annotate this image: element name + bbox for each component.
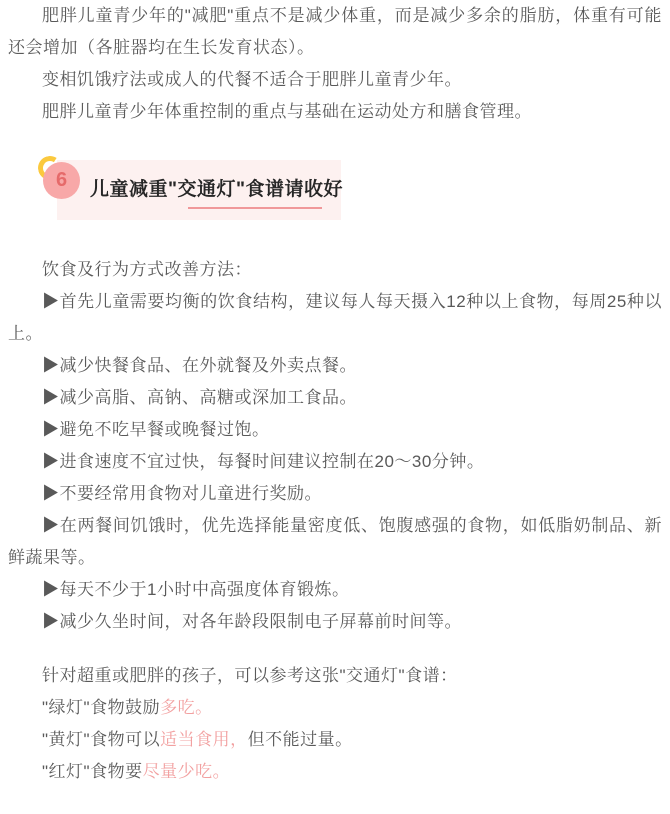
bullet-item-2: ▶减少快餐食品、在外就餐及外卖点餐。 [8, 350, 662, 382]
article-page: 肥胖儿童青少年的"减肥"重点不是减少体重，而是减少多余的脂肪，体重有可能还会增加… [0, 0, 670, 814]
bullet-item-7: ▶在两餐间饥饿时，优先选择能量密度低、饱腹感强的食物，如低脂奶制品、新鲜蔬果等。 [8, 510, 662, 574]
bullet-item-9: ▶减少久坐时间，对各年龄段限制电子屏幕前时间等。 [8, 606, 662, 638]
traffic-red-highlight: 尽量少吃。 [143, 762, 231, 781]
traffic-intro: 针对超重或肥胖的孩子，可以参考这张"交通灯"食谱： [8, 660, 662, 692]
section-title: 儿童减重"交通灯"食谱请收好 [90, 160, 341, 220]
intro-paragraph-2: 变相饥饿疗法或成人的代餐不适合于肥胖儿童青少年。 [8, 64, 662, 96]
traffic-line-green: "绿灯"食物鼓励多吃。 [8, 692, 662, 724]
bullet-item-3: ▶减少高脂、高钠、高糖或深加工食品。 [8, 382, 662, 414]
bullet-item-1: ▶首先儿童需要均衡的饮食结构，建议每人每天摄入12种以上食物，每周25种以上。 [8, 286, 662, 350]
bullet-item-5: ▶进食速度不宜过快，每餐时间建议控制在20～30分钟。 [8, 446, 662, 478]
title-underline [188, 207, 322, 209]
traffic-yellow-highlight: 适当食用， [160, 730, 248, 749]
traffic-green-highlight: 多吃。 [160, 698, 213, 717]
section-number-badge: 6 [43, 162, 80, 199]
traffic-red-text: "红灯"食物要 [42, 762, 143, 781]
list-intro: 饮食及行为方式改善方法： [8, 254, 662, 286]
bullet-item-6: ▶不要经常用食物对儿童进行奖励。 [8, 478, 662, 510]
intro-paragraph-3: 肥胖儿童青少年体重控制的重点与基础在运动处方和膳食管理。 [8, 96, 662, 128]
section-header: 6 儿童减重"交通灯"食谱请收好 [57, 160, 341, 220]
traffic-green-text: "绿灯"食物鼓励 [42, 698, 160, 717]
section-number: 6 [56, 169, 67, 192]
traffic-light-section: 针对超重或肥胖的孩子，可以参考这张"交通灯"食谱： "绿灯"食物鼓励多吃。 "黄… [8, 660, 662, 788]
intro-paragraph-1: 肥胖儿童青少年的"减肥"重点不是减少体重，而是减少多余的脂肪，体重有可能还会增加… [8, 0, 662, 64]
traffic-yellow-text-after: 但不能过量。 [248, 730, 353, 749]
bullet-item-4: ▶避免不吃早餐或晚餐过饱。 [8, 414, 662, 446]
traffic-yellow-text: "黄灯"食物可以 [42, 730, 160, 749]
traffic-line-yellow: "黄灯"食物可以适当食用，但不能过量。 [8, 724, 662, 756]
traffic-line-red: "红灯"食物要尽量少吃。 [8, 756, 662, 788]
bullet-item-8: ▶每天不少于1小时中高强度体育锻炼。 [8, 574, 662, 606]
